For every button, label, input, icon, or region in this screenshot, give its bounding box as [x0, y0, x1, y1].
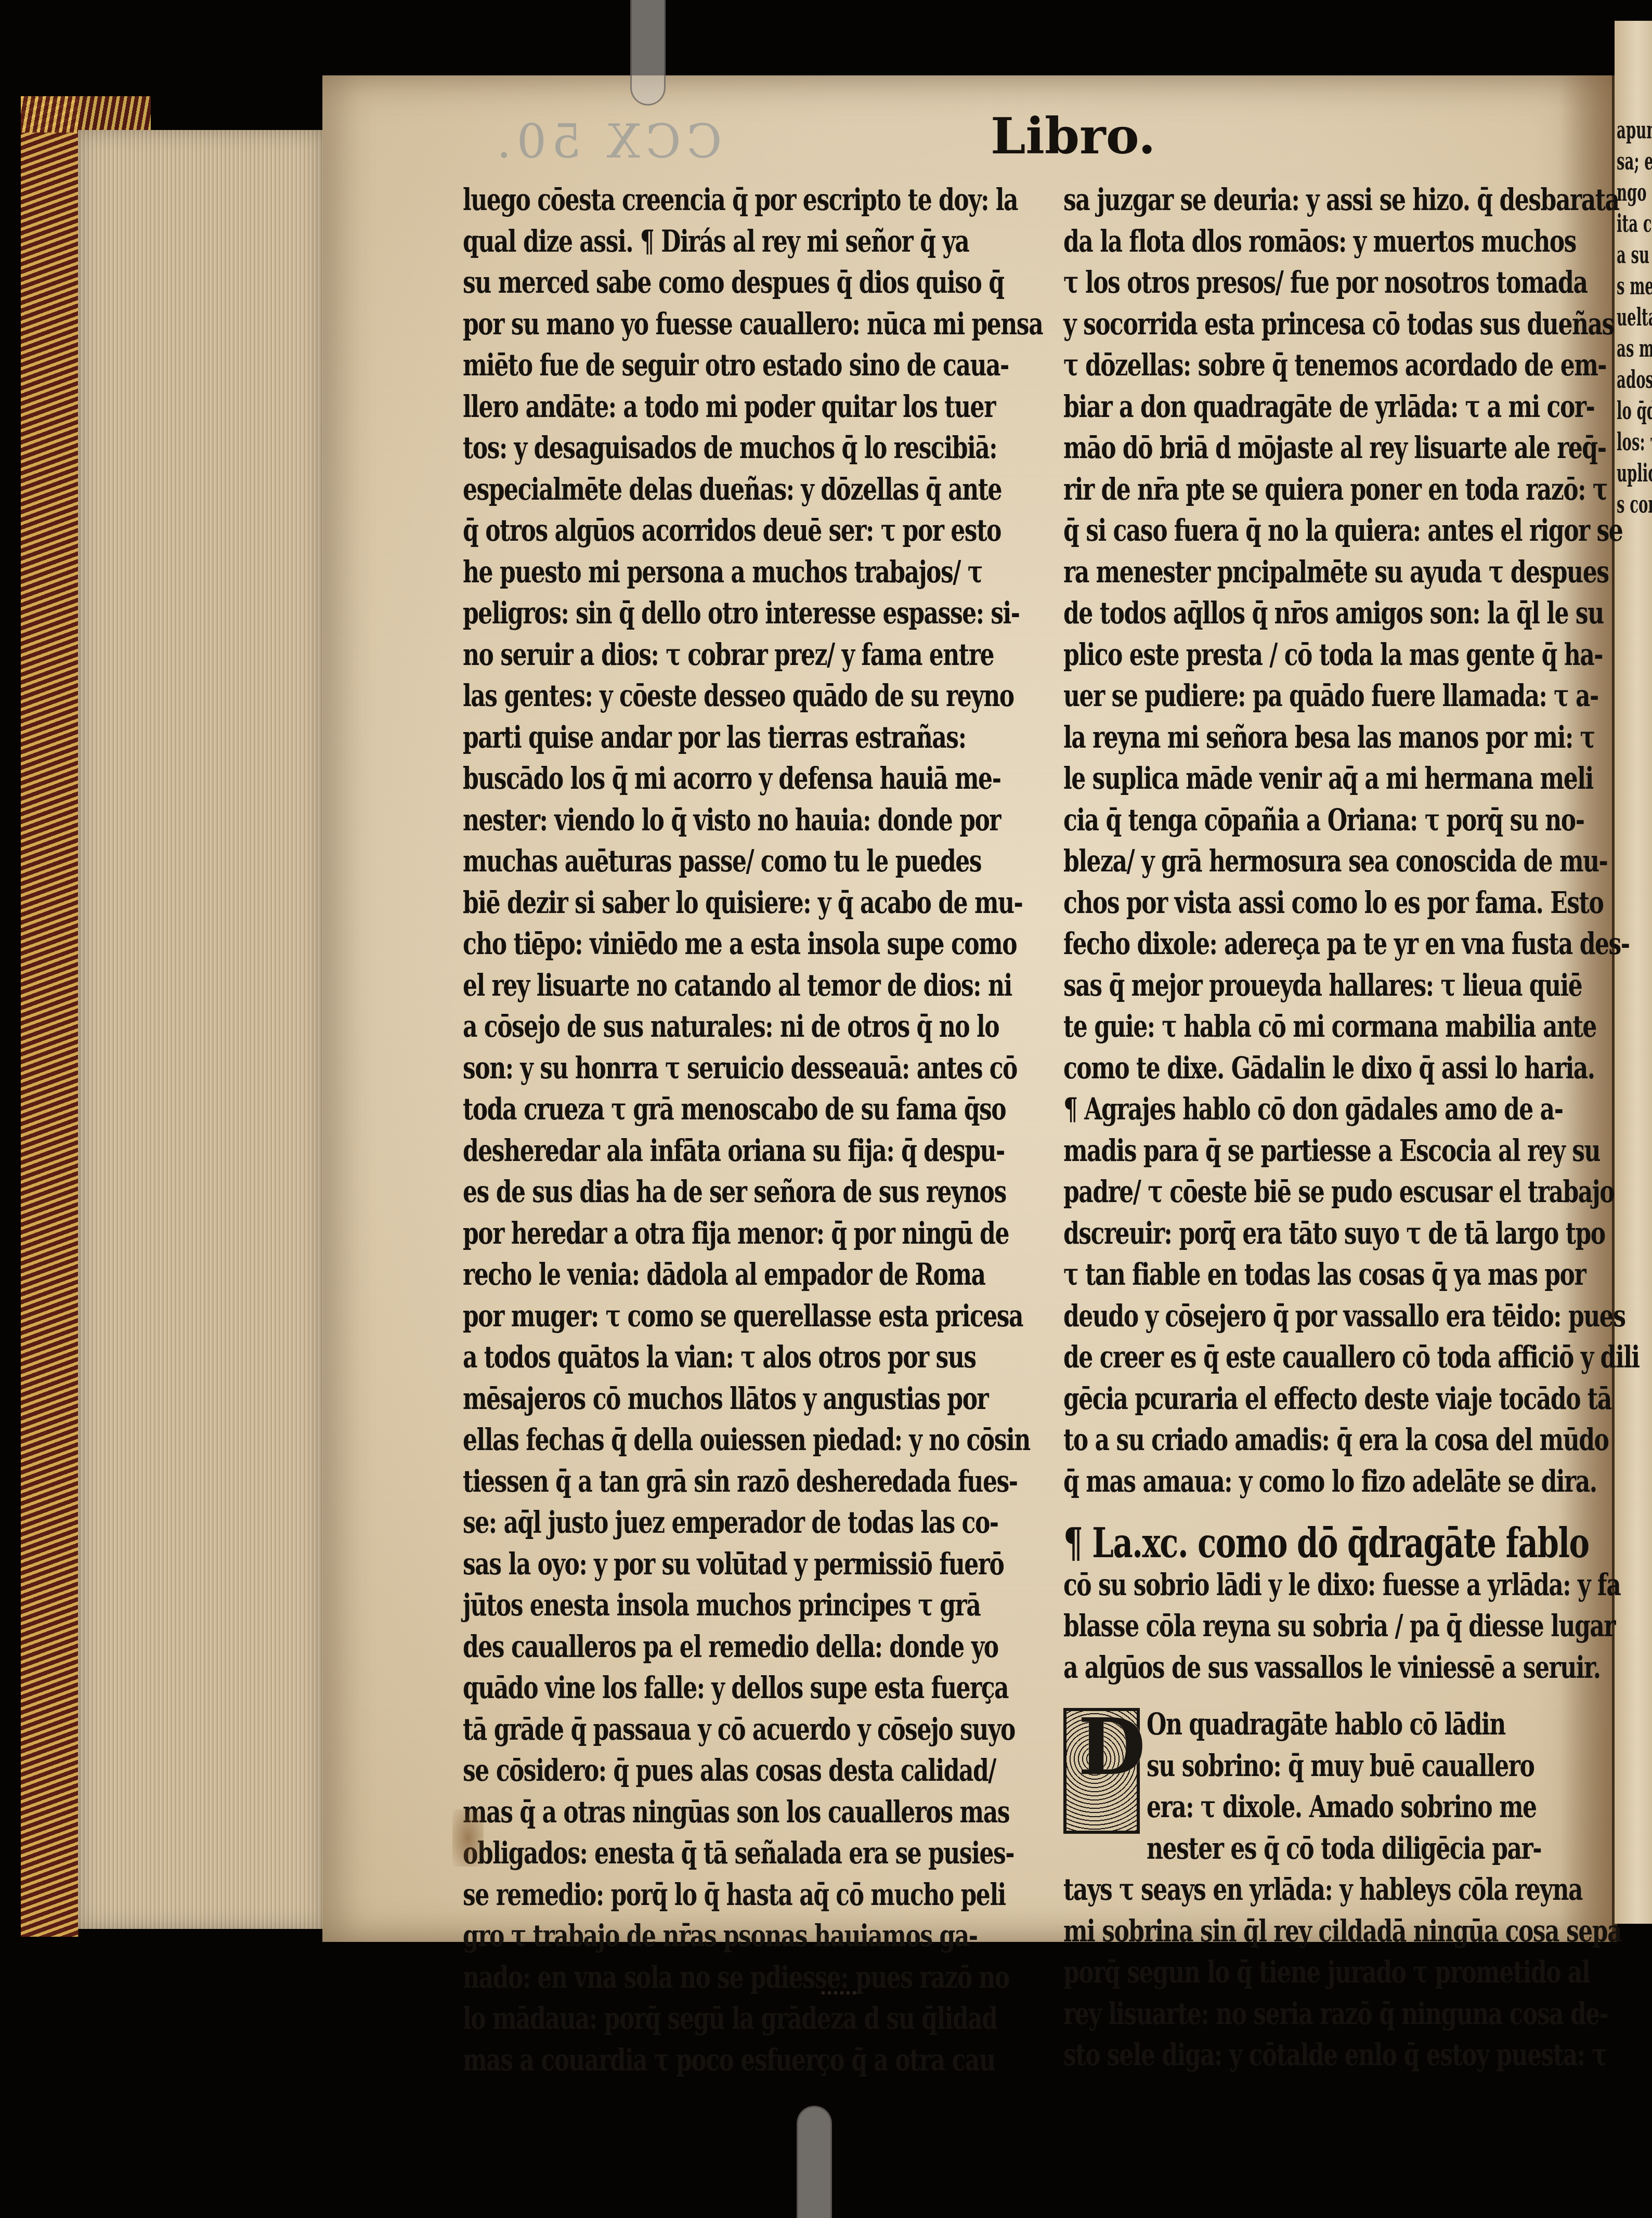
text-line: especialmēte delas dueñas: y dōzellas q̄…: [463, 469, 902, 511]
text-line: por heredar a otra fija menor: q̄ por ni…: [463, 1213, 902, 1255]
text-line: lo mādaua: porq̄ segū la grādeza d su q̄…: [463, 1998, 902, 2040]
text-line: porq̄ segun lo q̄ tiene jurado τ prometi…: [1063, 1952, 1490, 1993]
text-line: muchas auēturas passe/ como tu le puedes: [463, 841, 902, 882]
text-line: mi sobrina sin q̄l rey cildadā ningūa co…: [1063, 1911, 1490, 1952]
text-line: dscreuir: porq̄ era tāto suyo τ de tā la…: [1063, 1213, 1490, 1255]
text-line: se: aq̄l justo juez emperador de todas l…: [463, 1502, 902, 1544]
text-line: ¶ La.xc. como dō q̄dragāte fablo: [1063, 1523, 1490, 1564]
text-line: y socorrida esta princesa cō todas sus d…: [1063, 304, 1490, 345]
text-line: sas la oyo: y por su volūtad y permissiō…: [463, 1544, 902, 1585]
text-line: tā grāde q̄ passaua y cō acuerdo y cōsej…: [463, 1709, 902, 1751]
text-line: he puesto mi persona a muchos trabajos/ …: [463, 552, 902, 593]
chapter-opening: D On quadragāte hablo cō lādinsu sobrino…: [1063, 1704, 1625, 2076]
text-line: quādo vine los falle: y dellos supe esta…: [463, 1667, 902, 1709]
text-line: q̄ mas amaua: y como lo fizo adelāte se …: [1063, 1461, 1490, 1503]
right-column-body: sa juzgar se deuria: y assi se hizo. q̄ …: [1063, 179, 1625, 1502]
foxing-stain: [452, 1809, 484, 1867]
gilt-binding-top: [21, 96, 151, 133]
next-page-line: apun q̄ a: [1617, 114, 1638, 146]
next-page-line: sa; en m: [1617, 146, 1638, 177]
text-line: a algūos de sus vassallos le viniessē a …: [1063, 1647, 1490, 1689]
text-line: desheredar ala infāta oriana su fija: q̄…: [463, 1130, 902, 1172]
text-line: fecho dixole: adereça pa te yr en vna fu…: [1063, 923, 1490, 965]
text-line: era: τ dixole. Amado sobrino me: [1147, 1786, 1510, 1828]
text-line: no seruir a dios: τ cobrar prez/ y fama …: [463, 634, 902, 676]
text-line: su merced sabe como despues q̄ dios quis…: [463, 262, 902, 304]
text-line: q̄ si caso fuera q̄ no la quiera: antes …: [1063, 510, 1490, 552]
text-line: sa juzgar se deuria: y assi se hizo. q̄ …: [1063, 179, 1490, 221]
text-line: sas q̄ mejor proueyda hallares: τ lieua …: [1063, 965, 1490, 1007]
text-line: blasse cōla reyna su sobria / pa q̄ dies…: [1063, 1606, 1490, 1647]
text-line: cho tiēpo: viniēdo me a esta insola supe…: [463, 923, 902, 965]
text-line: plico este presta / cō toda la mas gente…: [1063, 634, 1490, 676]
text-line: a cōsejo de sus naturales: ni de otros q…: [463, 1006, 902, 1048]
text-line: parti quise andar por las tierras estrañ…: [463, 717, 902, 759]
pencil-shelfmark: CCX 50.: [491, 114, 722, 169]
text-line: llero andāte: a todo mi poder quitar los…: [463, 386, 902, 428]
text-line: qual dize assi. ¶ Dirás al rey mi señor …: [463, 221, 902, 263]
text-line: miēto fue de seguir otro estado sino de …: [463, 345, 902, 386]
text-line: τ tan fiable en todas las cosas q̄ ya ma…: [1063, 1254, 1490, 1296]
text-line: bleza/ y grā hermosura sea conoscida de …: [1063, 841, 1490, 882]
text-line: ra menester pncipalmēte su ayuda τ despu…: [1063, 552, 1490, 593]
text-line: se cōsidero: q̄ pues alas cosas desta ca…: [463, 1750, 902, 1792]
text-line: madis para q̄ se partiesse a Escocia al …: [1063, 1130, 1490, 1172]
text-line: gēcia pcuraria el effecto deste viaje to…: [1063, 1378, 1490, 1420]
text-line: biē dezir si saber lo quisiere: y q̄ aca…: [463, 882, 902, 924]
text-line: como te dixe. Gādalin le dixo q̄ assi lo…: [1063, 1048, 1490, 1089]
text-line: tays τ seays en yrlāda: y hableys cōla r…: [1063, 1869, 1490, 1911]
text-line: son: y su honrra τ seruicio desseauā: an…: [463, 1048, 902, 1089]
gilt-binding-edge: [21, 96, 79, 1937]
text-line: rey lisuarte: no seria razō q̄ ninguna c…: [1063, 1993, 1490, 2035]
signature-mark: [822, 1991, 858, 1994]
text-line: deudo y cōsejero q̄ por vassallo era tēi…: [1063, 1296, 1490, 1337]
text-line: rir de nr̄a pte se quiera poner en toda …: [1063, 469, 1490, 511]
text-line: q̄ otros algūos acorridos deuē ser: τ po…: [463, 510, 902, 552]
running-head: Libro.: [991, 107, 1155, 165]
text-line: mas a couardia τ poco esfuerço q̄ a otra…: [463, 2040, 902, 2081]
chapter-rubric: ¶ La.xc. como dō q̄dragāte fablocō su so…: [1063, 1523, 1625, 1688]
text-line: On quadragāte hablo cō lādin: [1147, 1704, 1510, 1745]
text-line: to a su criado amadis: q̄ era la cosa de…: [1063, 1419, 1490, 1461]
text-line: mas q̄ a otras ningūas son los cauallero…: [463, 1792, 902, 1833]
text-line: de creer es q̄ este cauallero cō toda af…: [1063, 1337, 1490, 1378]
text-line: māo dō briā d mōjaste al rey lisuarte al…: [1063, 427, 1490, 469]
top-page-clip: [630, 0, 666, 106]
text-line: nester: viendo lo q̄ visto no hauia: don…: [463, 800, 902, 841]
bottom-page-clip: [797, 2106, 832, 2218]
text-line: recho le venia: dādola al empador de Rom…: [463, 1254, 902, 1296]
text-line: biar a don quadragāte de yrlāda: τ a mi …: [1063, 386, 1490, 428]
text-line: por su mano yo fuesse cauallero: nūca mi…: [463, 304, 902, 345]
text-line: da la flota dlos romāos: y muertos mucho…: [1063, 221, 1490, 263]
text-line: padre/ τ cōeste biē se pudo escusar el t…: [1063, 1171, 1490, 1213]
text-line: por muger: τ como se querellasse esta pr…: [463, 1296, 902, 1337]
text-line: luego cōesta creencia q̄ por escripto te…: [463, 179, 902, 221]
text-line: uer se pudiere: pa quādo fuere llamada: …: [1063, 675, 1490, 717]
text-line: τ los otros presos/ fue por nosotros tom…: [1063, 262, 1490, 304]
text-line: cō su sobrio lādi y le dixo: fuesse a yr…: [1063, 1564, 1490, 1606]
text-line: mēsajeros cō muchos llātos y angustias p…: [463, 1378, 902, 1420]
text-line: se remedio: porq̄ lo q̄ hasta aq̄ cō muc…: [463, 1874, 902, 1916]
text-line: buscādo los q̄ mi acorro y defensa hauiā…: [463, 758, 902, 800]
text-line: te guie: τ habla cō mi cormana mabilia a…: [1063, 1006, 1490, 1048]
page-edges-stack: [78, 130, 322, 1929]
text-line: nester es q̄ cō toda diligēcia par-: [1147, 1828, 1510, 1870]
text-line: jūtos enesta insola muchos principes τ g…: [463, 1585, 902, 1626]
text-line: sto sele diga: y cōtalde enlo q̄ estoy p…: [1063, 2034, 1490, 2076]
text-line: tos: y desaguisados de muchos q̄ lo resc…: [463, 427, 902, 469]
initial-letter: D: [1078, 1727, 1144, 1768]
text-line: a todos quātos la vian: τ alos otros por…: [463, 1337, 902, 1378]
text-line: obligados: enesta q̄ tā señalada era se …: [463, 1833, 902, 1874]
text-line: las gentes: y cōeste desseo quādo de su …: [463, 675, 902, 717]
text-line: τ dōzellas: sobre q̄ tenemos acordado de…: [1063, 345, 1490, 386]
text-line: gro τ trabajo de nr̄as psonas hauiamos g…: [463, 1915, 902, 1957]
text-line: el rey lisuarte no catando al temor de d…: [463, 965, 902, 1007]
text-line: toda crueza τ grā menoscabo de su fama q…: [463, 1089, 902, 1130]
right-text-column: sa juzgar se deuria: y assi se hizo. q̄ …: [1063, 179, 1625, 2076]
text-line: chos por vista assi como lo es por fama.…: [1063, 882, 1490, 924]
chapter-text: tays τ seays en yrlāda: y hableys cōla r…: [1063, 1869, 1625, 2076]
text-line: ¶ Agrajes hablo cō don gādales amo de a-: [1063, 1089, 1490, 1130]
text-line: tiessen q̄ a tan grā sin razō desheredad…: [463, 1461, 902, 1503]
text-line: cia q̄ tenga cōpañia a Oriana: τ porq̄ s…: [1063, 800, 1490, 841]
text-line: ellas fechas q̄ della ouiessen piedad: y…: [463, 1419, 902, 1461]
text-line: la reyna mi señora besa las manos por mi…: [1063, 717, 1490, 759]
chapter-text-indented: On quadragāte hablo cō lādinsu sobrino: …: [1063, 1704, 1625, 1869]
text-line: le suplica māde venir aq̄ a mi hermana m…: [1063, 758, 1490, 800]
woodcut-initial: D: [1063, 1708, 1140, 1834]
text-line: su sobrino: q̄ muy buē cauallero: [1147, 1745, 1510, 1787]
text-line: de todos aq̄llos q̄ nr̄os amigos son: la…: [1063, 593, 1490, 634]
left-text-column: luego cōesta creencia q̄ por escripto te…: [463, 179, 1040, 2081]
text-line: des caualleros pa el remedio della: dond…: [463, 1626, 902, 1668]
text-line: es de sus dias ha de ser señora de sus r…: [463, 1171, 902, 1213]
text-line: peligros: sin q̄ dello otro interesse es…: [463, 593, 902, 634]
